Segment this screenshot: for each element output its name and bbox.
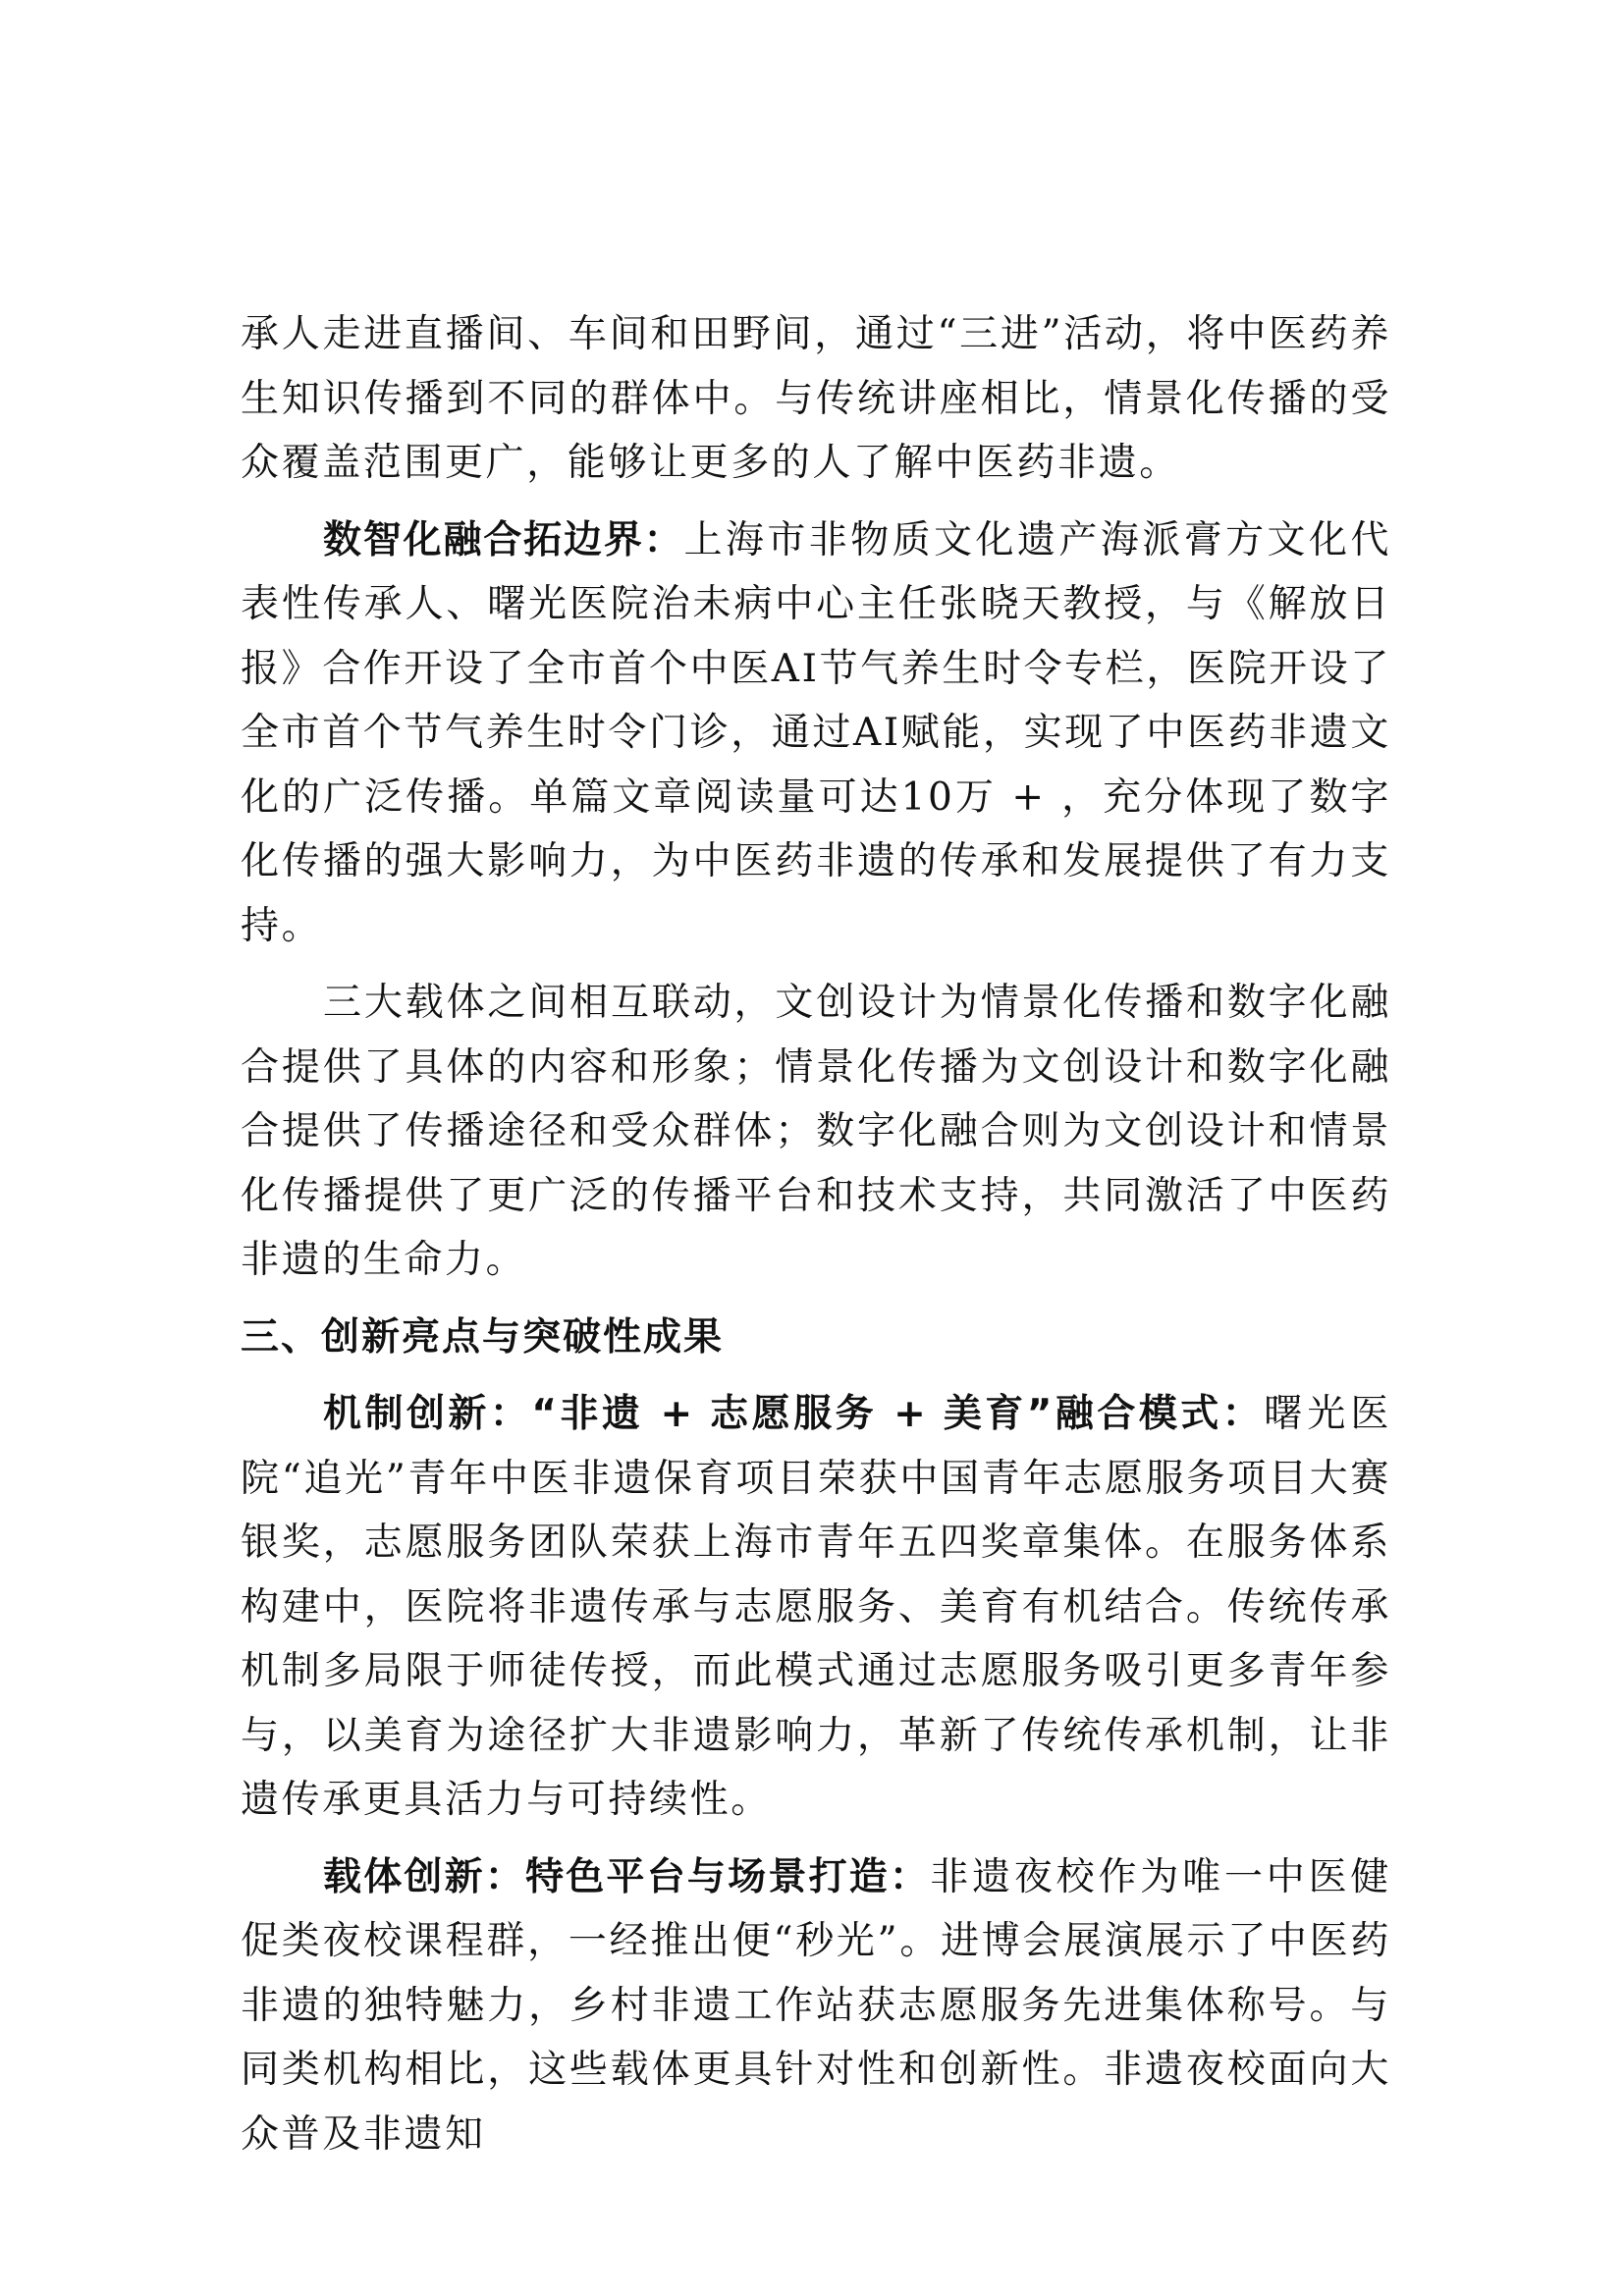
- paragraph-lead: 机制创新：“非遗 + 志愿服务 + 美育”融合模式：: [323, 1392, 1264, 1436]
- section-heading: 三、创新亮点与突破性成果: [241, 1306, 1391, 1370]
- paragraph-mechanism-innovation: 机制创新：“非遗 + 志愿服务 + 美育”融合模式：曙光医院“追光”青年中医非遗…: [241, 1382, 1391, 1833]
- paragraph-carrier-innovation: 载体创新：特色平台与场景打造：非遗夜校作为唯一中医健促类夜校课程群，一经推出便“…: [241, 1845, 1391, 2167]
- document-page: 承人走进直播间、车间和田野间，通过“三进”活动，将中医药养生知识传播到不同的群体…: [241, 302, 1391, 2179]
- paragraph-continuation: 承人走进直播间、车间和田野间，通过“三进”活动，将中医药养生知识传播到不同的群体…: [241, 302, 1391, 496]
- paragraph-digital-integration: 数智化融合拓边界：上海市非物质文化遗产海派膏方文化代表性传承人、曙光医院治未病中…: [241, 508, 1391, 959]
- paragraph-text: 承人走进直播间、车间和田野间，通过“三进”活动，将中医药养生知识传播到不同的群体…: [241, 312, 1391, 485]
- paragraph-text: 非遗夜校作为唯一中医健促类夜校课程群，一经推出便“秒光”。进博会展演展示了中医药…: [241, 1855, 1391, 2157]
- paragraph-lead: 载体创新：特色平台与场景打造：: [323, 1855, 930, 1899]
- paragraph-text: 上海市非物质文化遗产海派膏方文化代表性传承人、曙光医院治未病中心主任张晓天教授，…: [241, 518, 1391, 948]
- paragraph-text: 曙光医院“追光”青年中医非遗保育项目荣获中国青年志愿服务项目大赛银奖，志愿服务团…: [241, 1392, 1391, 1822]
- paragraph-three-carriers: 三大载体之间相互联动，文创设计为情景化传播和数字化融合提供了具体的内容和形象；情…: [241, 971, 1391, 1293]
- paragraph-lead: 数智化融合拓边界：: [323, 518, 683, 562]
- paragraph-text: 三大载体之间相互联动，文创设计为情景化传播和数字化融合提供了具体的内容和形象；情…: [241, 981, 1391, 1282]
